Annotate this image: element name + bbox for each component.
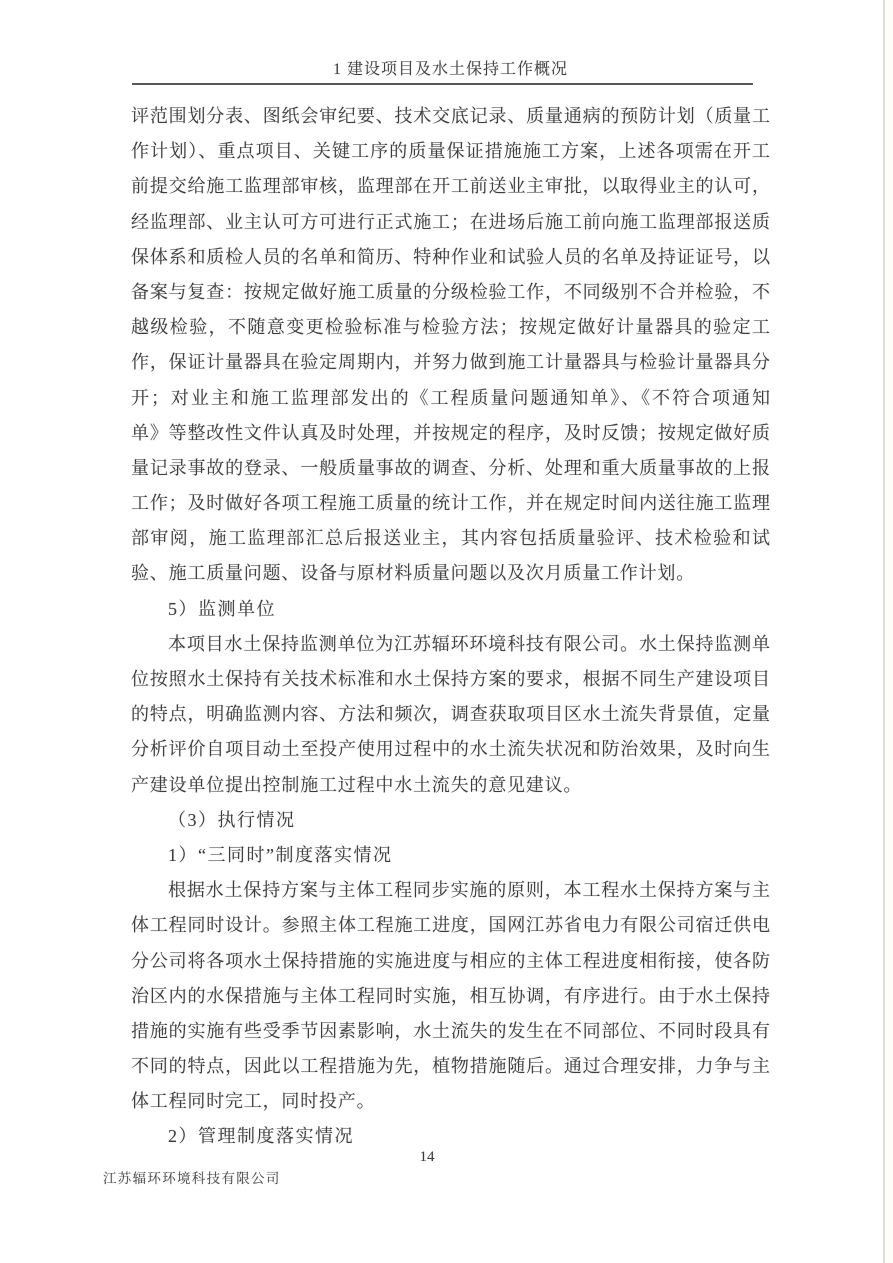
body-line: 的特点，明确监测内容、方法和频次，调查获取项目区水土流失背景值，定量 [131,697,770,732]
body-line: 分析评价自项目动土至投产使用过程中的水土流失状况和防治效果，及时向生 [131,732,770,767]
body-line: 作计划）、重点项目、关键工序的质量保证措施施工方案，上述各项需在开工 [131,134,770,169]
body-line: 评范围划分表、图纸会审纪要、技术交底记录、质量通病的预防计划（质量工 [131,99,770,134]
body-line: 作，保证计量器具在验定周期内，并努力做到施工计量器具与检验计量器具分 [131,345,770,380]
body-line: 措施的实施有些受季节因素影响，水土流失的发生在不同部位、不同时段具有 [131,1014,770,1049]
body-line: 体工程同时完工，同时投产。 [131,1084,770,1119]
body-line: 不同的特点，因此以工程措施为先，植物措施随后。通过合理安排，力争与主 [131,1049,770,1084]
header-title: 1 建设项目及水土保持工作概况 [131,56,770,79]
body-line: 分公司将各项水土保持措施的实施进度与相应的主体工程进度相衔接，使各防 [131,944,770,979]
body-line: 本项目水土保持监测单位为江苏辐环环境科技有限公司。水土保持监测单 [131,627,770,662]
list-heading: （3）执行情况 [131,803,770,838]
body-line: 经监理部、业主认可方可进行正式施工；在进场后施工前向施工监理部报送质 [131,205,770,240]
body-line: 验、施工质量问题、设备与原材料质量问题以及次月质量工作计划。 [131,556,770,591]
header-rule [132,83,753,85]
body-line: 治区内的水保措施与主体工程同时实施，相互协调，有序进行。由于水土保持 [131,979,770,1014]
body-line: 备案与复查：按规定做好施工质量的分级检验工作，不同级别不合并检验，不 [131,275,770,310]
body-line: 单》等整改性文件认真及时处理，并按规定的程序，及时反馈；按规定做好质 [131,416,770,451]
scan-edge-artifact [883,0,885,1263]
body-line: 量记录事故的登录、一般质量事故的调查、分析、处理和重大质量事故的上报 [131,451,770,486]
body-line: 部审阅，施工监理部汇总后报送业主，其内容包括质量验评、技术检验和试 [131,521,770,556]
scan-warm-band [885,0,893,1263]
page-number: 14 [131,1149,723,1166]
body-text: 评范围划分表、图纸会审纪要、技术交底记录、质量通病的预防计划（质量工 作计划）、… [131,99,770,1155]
body-line: 位按照水土保持有关技术标准和水土保持方案的要求，根据不同生产建设项目 [131,662,770,697]
list-heading: 5）监测单位 [131,592,770,627]
body-line: 开；对业主和施工监理部发出的《工程质量问题通知单》、《不符合项通知 [131,381,770,416]
document-page: 1 建设项目及水土保持工作概况 评范围划分表、图纸会审纪要、技术交底记录、质量通… [0,0,893,1263]
body-line: 保体系和质检人员的名单和简历、特种作业和试验人员的名单及持证证号，以 [131,240,770,275]
body-line: 根据水土保持方案与主体工程同步实施的原则，本工程水土保持方案与主 [131,873,770,908]
body-line: 产建设单位提出控制施工过程中水土流失的意见建议。 [131,768,770,803]
footer-company-name: 江苏辐环环境科技有限公司 [103,1167,281,1187]
body-line: 越级检验，不随意变更检验标准与检验方法；按规定做好计量器具的验定工 [131,310,770,345]
body-line: 工作；及时做好各项工程施工质量的统计工作，并在规定时间内送往施工监理 [131,486,770,521]
list-heading: 1）“三同时”制度落实情况 [131,838,770,873]
body-line: 前提交给施工监理部审核，监理部在开工前送业主审批，以取得业主的认可， [131,169,770,204]
body-line: 体工程同时设计。参照主体工程施工进度，国网江苏省电力有限公司宿迁供电 [131,908,770,943]
